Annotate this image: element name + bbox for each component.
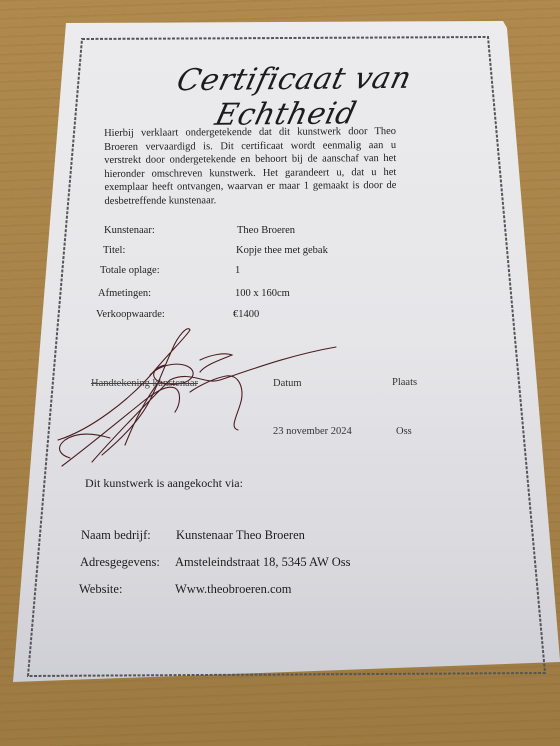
place-value: Oss <box>396 426 412 437</box>
field-value: Kopje thee met gebak <box>236 245 328 256</box>
field-value: Theo Broeren <box>237 225 295 236</box>
field-label: Afmetingen: <box>98 288 151 299</box>
field-label: Totale oplage: <box>100 265 160 276</box>
purchase-heading: Dit kunstwerk is aangekocht via: <box>85 476 243 491</box>
field-label: Kunstenaar: <box>104 225 155 236</box>
purchase-value: Www.theobroeren.com <box>175 582 292 597</box>
field-value: 1 <box>235 265 240 276</box>
date-value: 23 november 2024 <box>273 426 352 437</box>
purchase-label: Website: <box>79 582 122 597</box>
field-value: €1400 <box>233 309 259 320</box>
purchase-label: Adresgegevens: <box>80 555 160 570</box>
purchase-value: Amsteleindstraat 18, 5345 AW Oss <box>175 555 351 570</box>
signature-label: Handtekening kunstenaar <box>91 378 198 389</box>
purchase-value: Kunstenaar Theo Broeren <box>176 528 305 543</box>
place-label: Plaats <box>392 377 417 388</box>
field-label: Verkoopwaarde: <box>96 309 165 320</box>
purchase-label: Naam bedrijf: <box>81 528 151 543</box>
intro-paragraph: Hierbij verklaart ondergetekende dat dit… <box>104 125 397 208</box>
field-label: Titel: <box>103 245 125 256</box>
certificate-title: Certificaat van Echtheid <box>102 60 479 134</box>
date-label: Datum <box>273 378 302 389</box>
field-value: 100 x 160cm <box>235 288 290 299</box>
